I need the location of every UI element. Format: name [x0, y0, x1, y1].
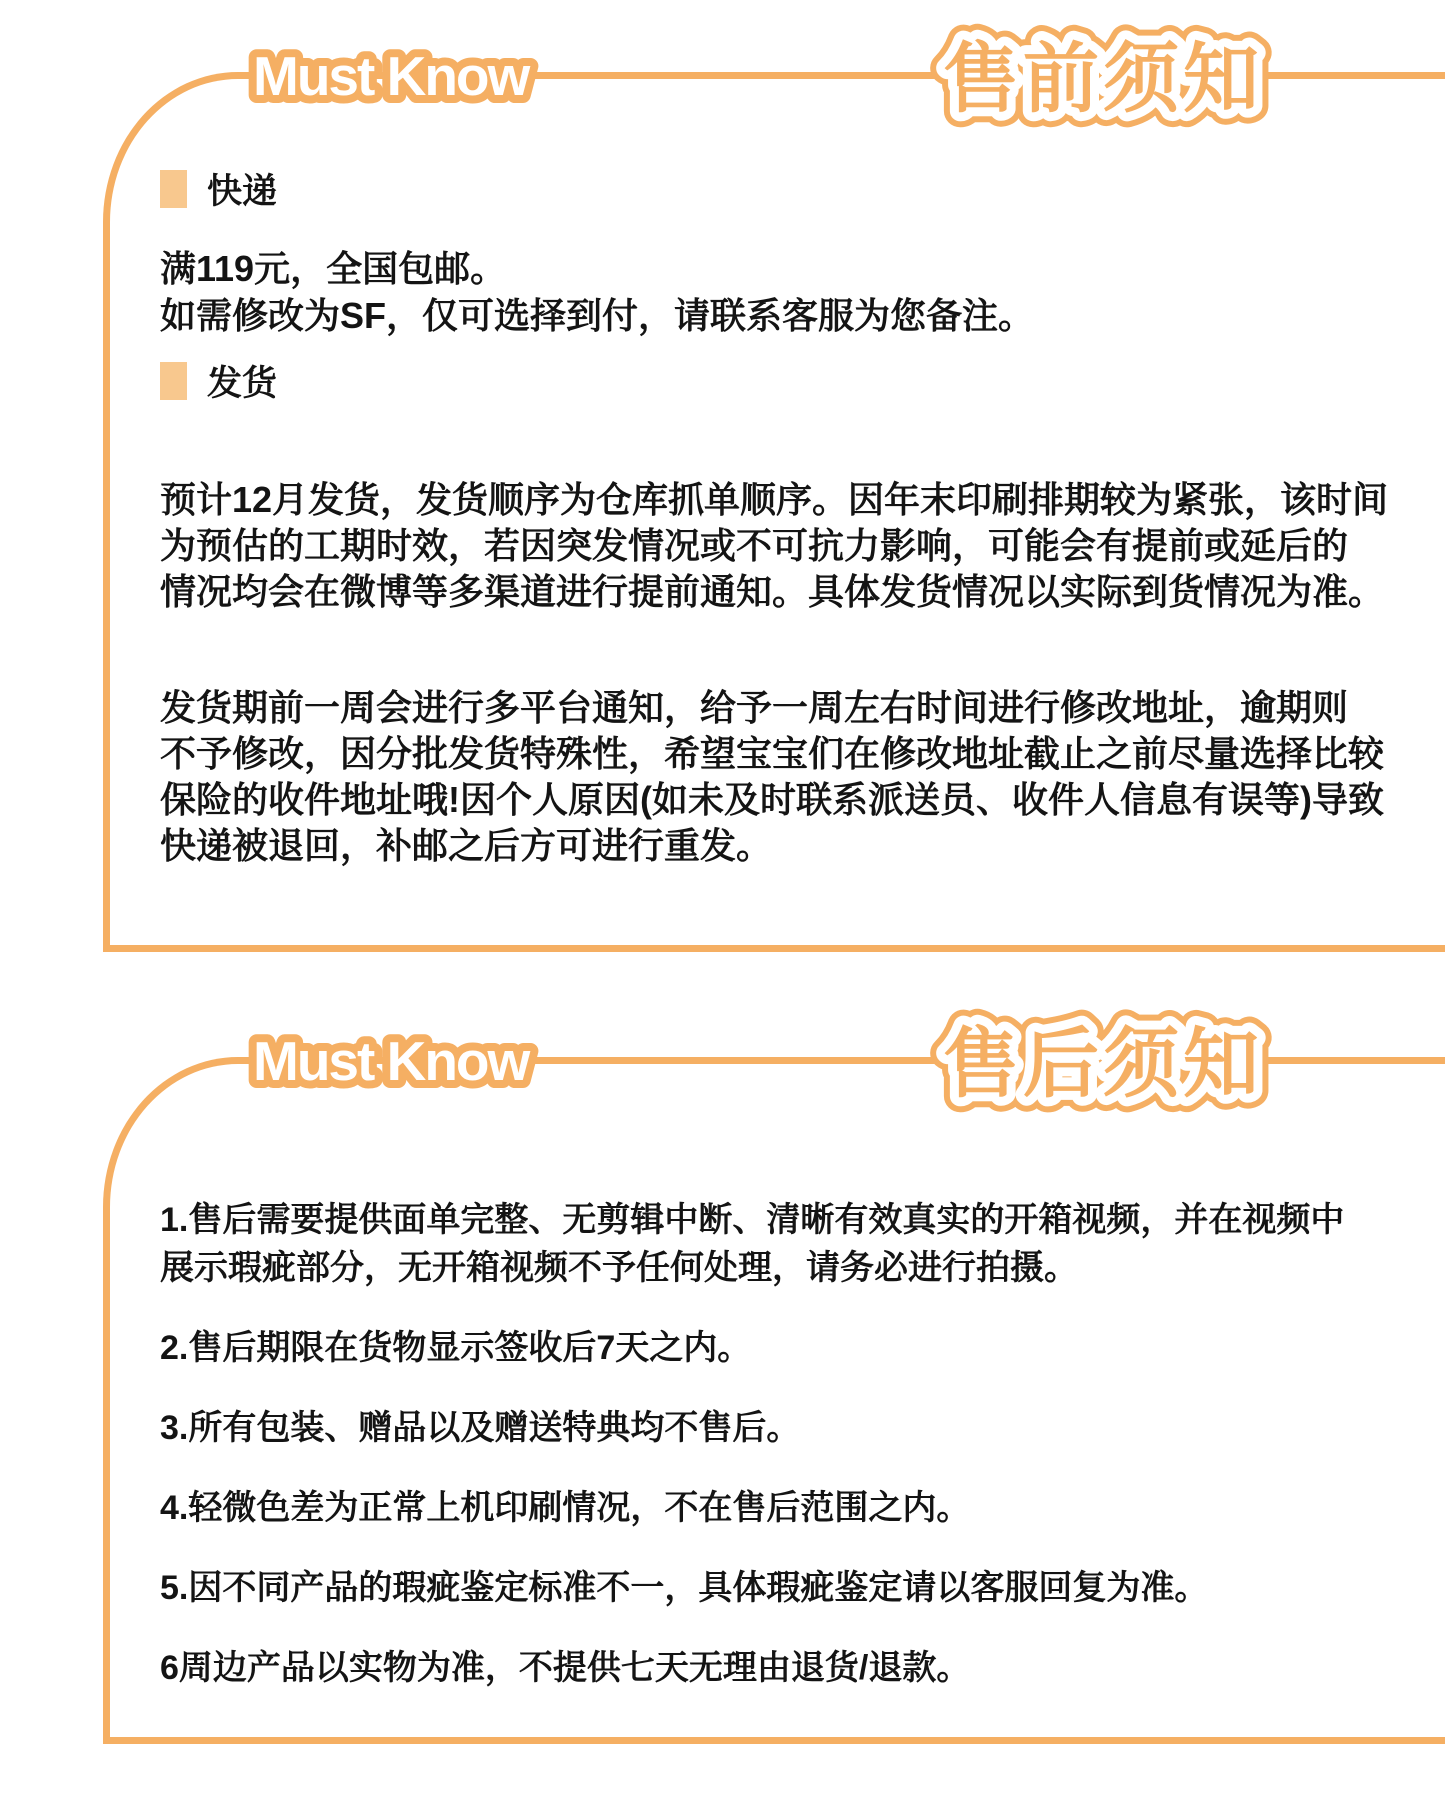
notice-poster: Must Know 售前须知 售前须知 售前须知 快递 满119元，全国包邮。 … [0, 0, 1445, 1794]
presale-title: 售前须知 [943, 37, 1263, 122]
aftersale-item-1: 1.售后需要提供面单完整、无剪辑中断、清晰有效真实的开箱视频，并在视频中 展示瑕… [160, 1196, 1433, 1292]
section-heading-label: 发货 [207, 356, 277, 406]
aftersale-item-5: 5.因不同产品的瑕疵鉴定标准不一，具体瑕疵鉴定请以客服回复为准。 [160, 1564, 1433, 1612]
aftersale-item-2: 2.售后期限在货物显示签收后7天之内。 [160, 1324, 1433, 1372]
aftersale-title-halo: 售后须知 [943, 1022, 1263, 1107]
aftersale-notice-card: Must Know 售后须知 售后须知 售后须知 1.售后需要提供面单完整、无剪… [103, 1057, 1445, 1744]
aftersale-title-outline: 售后须知 [943, 1022, 1263, 1107]
aftersale-item-3: 3.所有包装、赠品以及赠送特典均不售后。 [160, 1404, 1433, 1452]
section-head-shipping: 发货 [160, 361, 1433, 401]
aftersale-card-header: Must Know 售后须知 售后须知 售后须知 [103, 1012, 1445, 1122]
shipping-paragraph-1: 预计12月发货，发货顺序为仓库抓单顺序。因年末印刷排期较为紧张，该时间 为预估的… [160, 477, 1433, 615]
aftersale-item-6: 6周边产品以实物为准，不提供七天无理由退货/退款。 [160, 1644, 1433, 1692]
presale-title-halo: 售前须知 [943, 37, 1263, 122]
section-head-express: 快递 [160, 169, 1433, 209]
orange-square-icon [160, 362, 187, 400]
presale-card-header: Must Know 售前须知 售前须知 售前须知 [103, 27, 1445, 137]
section-heading-label: 快递 [207, 164, 277, 214]
presale-title-outline: 售前须知 [943, 37, 1263, 122]
aftersale-title: 售后须知 [943, 1022, 1263, 1107]
aftersale-card-body: 1.售后需要提供面单完整、无剪辑中断、清晰有效真实的开箱视频，并在视频中 展示瑕… [110, 1196, 1445, 1692]
presale-card-body: 快递 满119元，全国包邮。 如需修改为SF，仅可选择到付，请联系客服为您备注。… [110, 169, 1445, 869]
express-paragraph: 满119元，全国包邮。 如需修改为SF，仅可选择到付，请联系客服为您备注。 [160, 245, 1433, 339]
presale-notice-card: Must Know 售前须知 售前须知 售前须知 快递 满119元，全国包邮。 … [103, 72, 1445, 952]
must-know-badge: Must Know [253, 45, 531, 107]
aftersale-item-4: 4.轻微色差为正常上机印刷情况，不在售后范围之内。 [160, 1484, 1433, 1532]
must-know-badge: Must Know [253, 1030, 531, 1092]
shipping-paragraph-2: 发货期前一周会进行多平台通知，给予一周左右时间进行修改地址，逾期则 不予修改，因… [160, 685, 1433, 869]
orange-square-icon [160, 170, 187, 208]
